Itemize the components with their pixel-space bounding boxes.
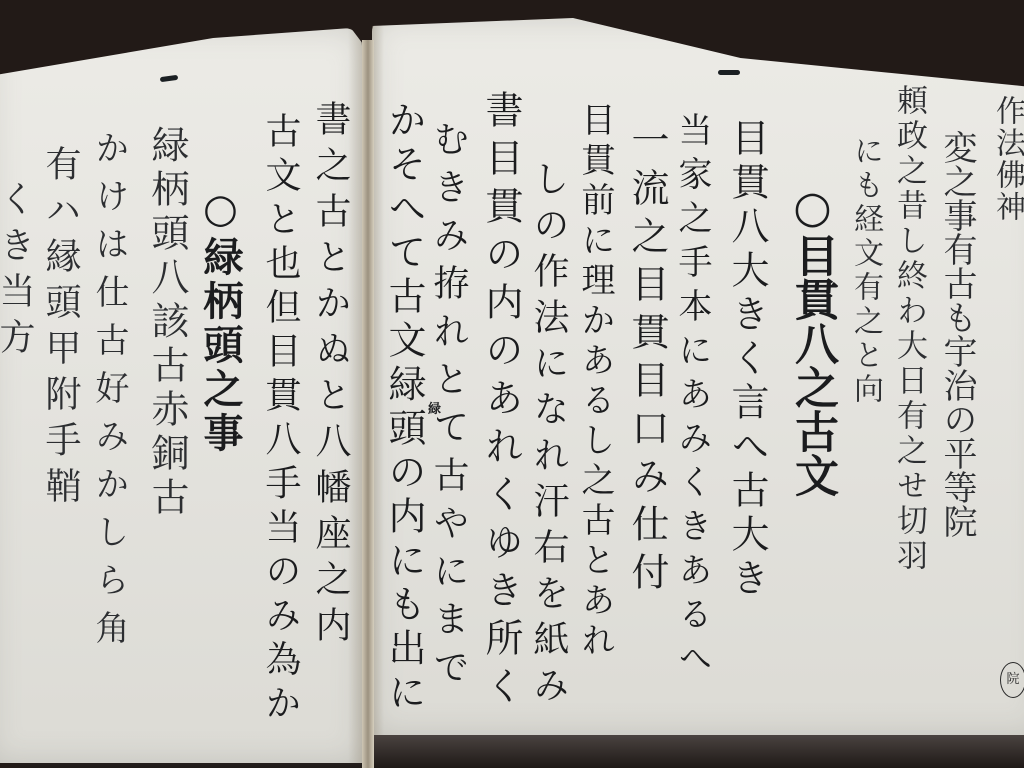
text-column: くき当方 (0, 180, 32, 364)
seal-mark: 院 (1000, 662, 1024, 698)
margin-annotation: 緑 (428, 398, 441, 417)
text-column: 書目貫の内のあれくゆき所く (482, 90, 520, 714)
text-column: 一流之目貫目口み仕付 (628, 120, 666, 600)
text-column: 緑柄頭八該古赤銅古 (148, 125, 186, 521)
text-column: 古文と也但目貫八手当のみ為か (262, 112, 298, 728)
text-column: かそへて古文緑頭の内にも出に (385, 100, 423, 716)
text-column: かけは仕古好みかしら角 (92, 130, 126, 658)
page-marker (718, 70, 740, 75)
text-column: 書之古とかぬと八幡座之内 (312, 100, 348, 652)
text-column: 頼政之昔し終わ大日有之せ切羽 (893, 84, 924, 574)
text-column: 当家之手本にあみくきあるへ (675, 112, 709, 684)
text-column: しの作法になれ汗右を紙み (530, 160, 566, 712)
text-column: 目貫八大きく言へ古大き (728, 118, 766, 602)
text-column: にも経文有之と向 (850, 135, 880, 407)
text-column: 作法佛神 (992, 95, 1022, 223)
section-heading: ○緑柄頭之事 (200, 185, 240, 456)
book-gutter (362, 40, 374, 768)
text-column: 変之事有古も宇治の平等院 (940, 130, 974, 538)
section-heading: ○目貫八之古文 (790, 182, 834, 497)
text-column: 有ハ縁頭甲附手鞘 (42, 145, 78, 513)
text-column: 目貫前に理かあるし之古とあれ (578, 102, 612, 662)
